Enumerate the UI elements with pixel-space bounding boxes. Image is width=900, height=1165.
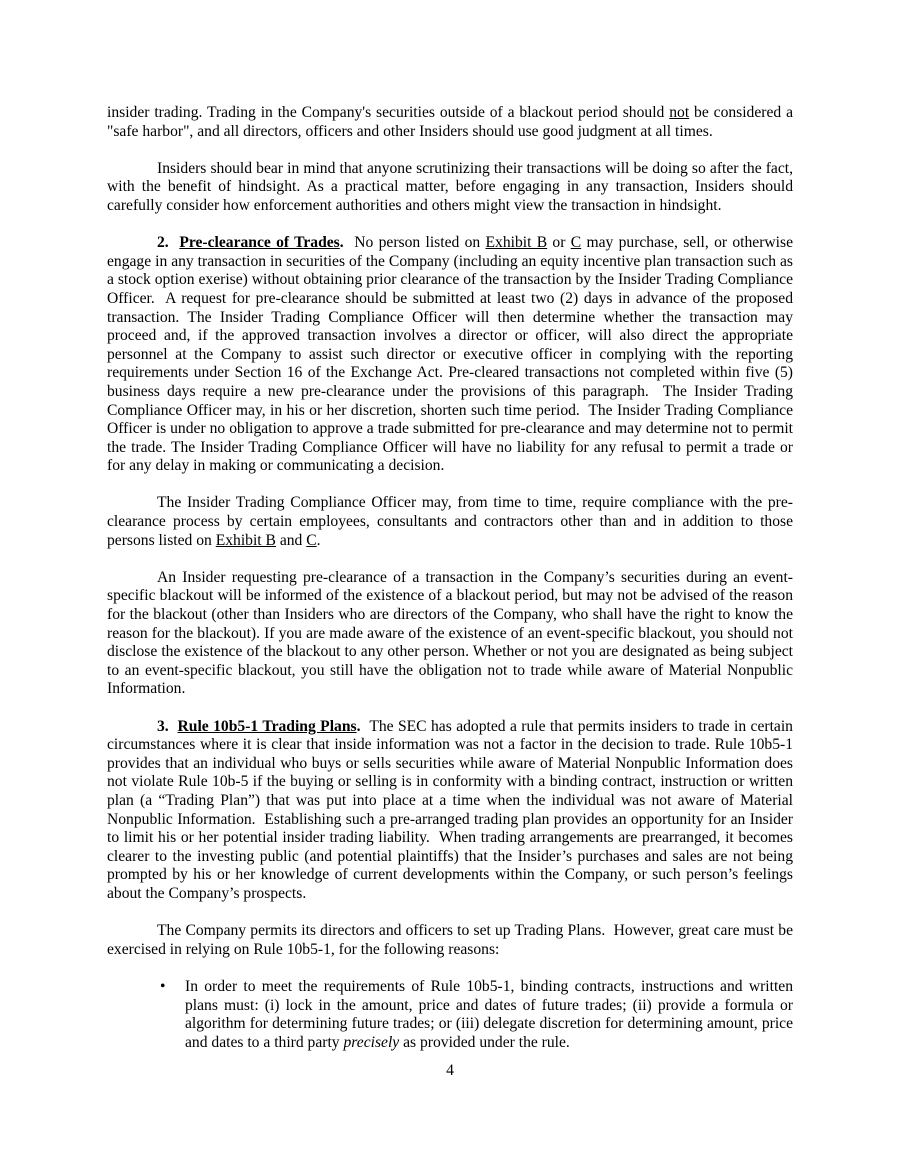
text-run: The Insider Trading Compliance Officer m… [107,494,793,548]
exhibit-b-reference: Exhibit B [216,532,276,549]
page-number: 4 [107,1062,793,1081]
text-run: Insiders should bear in mind that anyone… [107,160,793,214]
exhibit-c-reference: C [306,532,316,549]
bullet-text: In order to meet the requirements of Rul… [185,978,793,1052]
text-run: and [276,532,306,549]
text-run: insider trading. Trading in the Company'… [107,104,669,121]
bullet-item-rule-requirements: • In order to meet the requirements of R… [160,978,793,1052]
section-2-preclearance-of-trades: 2. Pre-clearance of Trades. No person li… [107,234,793,476]
section-heading-period: . [340,234,355,251]
section-2-heading: Pre-clearance of Trades [179,234,339,251]
text-run: . [317,532,321,549]
section-number: 3. [157,718,178,735]
paragraph-company-permits-trading-plans: The Company permits its directors and of… [107,922,793,959]
text-run: The SEC has adopted a rule that permits … [107,718,793,902]
exhibit-c-reference: C [571,234,581,251]
paragraph-continuation: insider trading. Trading in the Company'… [107,104,793,141]
section-number: 2. [157,234,179,251]
italic-word-precisely: precisely [344,1034,400,1051]
section-3-rule-10b5-1-trading-plans: 3. Rule 10b5-1 Trading Plans. The SEC ha… [107,718,793,904]
exhibit-b-reference: Exhibit B [486,234,548,251]
text-run: An Insider requesting pre-clearance of a… [107,569,793,698]
text-run: No person listed on [354,234,485,251]
bullet-icon: • [160,978,185,1052]
text-run: as provided under the rule. [399,1034,570,1051]
text-run: may purchase, sell, or otherwise engage … [107,234,793,474]
underlined-word-not: not [669,104,689,121]
paragraph-hindsight: Insiders should bear in mind that anyone… [107,160,793,216]
text-run: The Company permits its directors and of… [107,922,793,958]
paragraph-event-specific-blackout: An Insider requesting pre-clearance of a… [107,569,793,699]
paragraph-preclearance-others: The Insider Trading Compliance Officer m… [107,494,793,550]
section-3-heading: Rule 10b5-1 Trading Plans [178,718,357,735]
section-heading-period: . [357,718,370,735]
text-run: or [547,234,571,251]
document-page: insider trading. Trading in the Company'… [0,0,900,1165]
